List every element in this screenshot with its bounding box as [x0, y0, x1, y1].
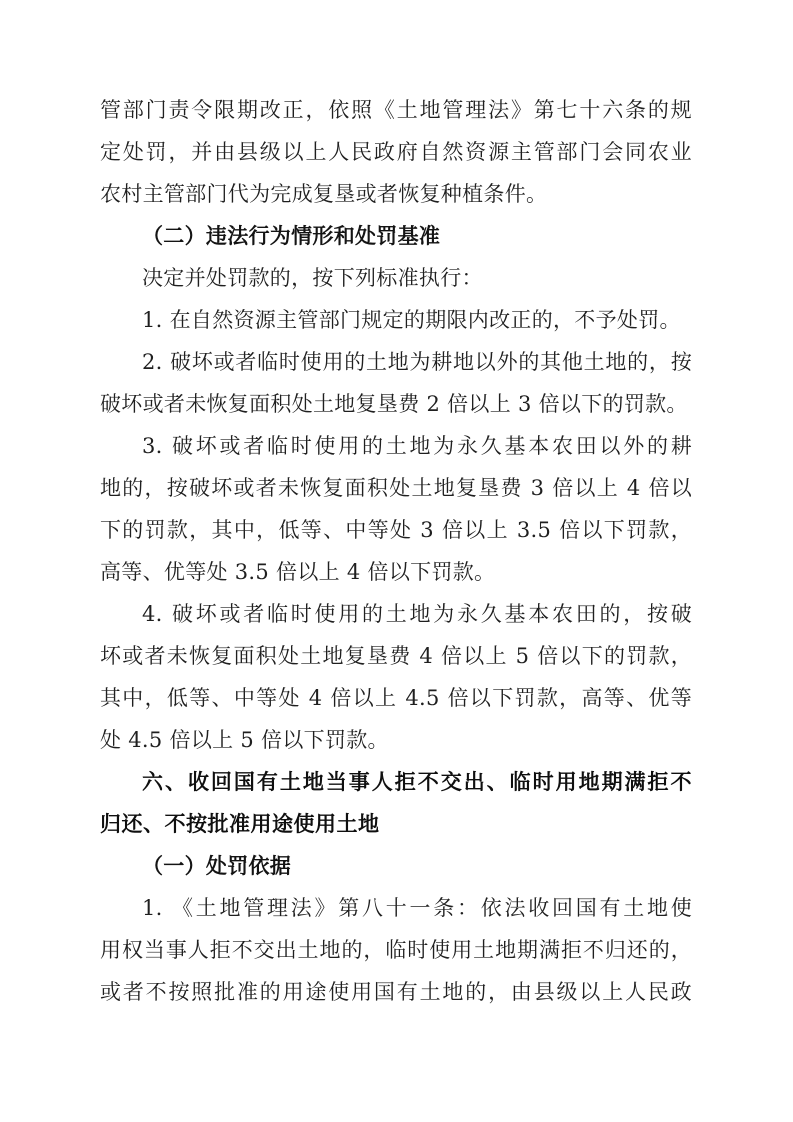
text-line: 用权当事人拒不交出土地的，临时使用土地期满拒不归还的， [100, 929, 692, 971]
text-line: 1. 在自然资源主管部门规定的期限内改正的，不予处罚。 [100, 299, 692, 341]
text-line: 高等、优等处 3.5 倍以上 4 倍以下罚款。 [100, 551, 692, 593]
text-line: 3. 破坏或者临时使用的土地为永久基本农田以外的耕 [100, 425, 692, 467]
text-line: 决定并处罚款的，按下列标准执行： [100, 257, 692, 299]
subsection-heading: （一）处罚依据 [100, 845, 692, 887]
text-line: 管部门责令限期改正，依照《土地管理法》第七十六条的规 [100, 89, 692, 131]
text-line: 破坏或者未恢复面积处土地复垦费 2 倍以上 3 倍以下的罚款。 [100, 383, 692, 425]
text-line: 2. 破坏或者临时使用的土地为耕地以外的其他土地的，按 [100, 341, 692, 383]
list-item: 3. 破坏或者临时使用的土地为永久基本农田以外的耕 地的，按破坏或者未恢复面积处… [100, 425, 692, 593]
heading-line: 归还、不按批准用途使用土地 [100, 803, 692, 845]
text-line: 定处罚，并由县级以上人民政府自然资源主管部门会同农业 [100, 131, 692, 173]
document-body: 管部门责令限期改正，依照《土地管理法》第七十六条的规 定处罚，并由县级以上人民政… [100, 89, 692, 1013]
heading-line: （一）处罚依据 [100, 845, 692, 887]
list-item: 2. 破坏或者临时使用的土地为耕地以外的其他土地的，按 破坏或者未恢复面积处土地… [100, 341, 692, 425]
list-item: 1. 《土地管理法》第八十一条：依法收回国有土地使 用权当事人拒不交出土地的，临… [100, 887, 692, 1013]
text-line: 或者不按照批准的用途使用国有土地的，由县级以上人民政 [100, 971, 692, 1013]
text-line: 农村主管部门代为完成复垦或者恢复种植条件。 [100, 173, 692, 215]
section-heading: 六、收回国有土地当事人拒不交出、临时用地期满拒不 归还、不按批准用途使用土地 [100, 761, 692, 845]
text-line: 1. 《土地管理法》第八十一条：依法收回国有土地使 [100, 887, 692, 929]
text-line: 下的罚款，其中，低等、中等处 3 倍以上 3.5 倍以下罚款， [100, 509, 692, 551]
list-item: 1. 在自然资源主管部门规定的期限内改正的，不予处罚。 [100, 299, 692, 341]
subsection-heading: （二）违法行为情形和处罚基准 [100, 215, 692, 257]
document-page: 管部门责令限期改正，依照《土地管理法》第七十六条的规 定处罚，并由县级以上人民政… [0, 0, 793, 1122]
list-item: 4. 破坏或者临时使用的土地为永久基本农田的，按破 坏或者未恢复面积处土地复垦费… [100, 593, 692, 761]
heading-line: 六、收回国有土地当事人拒不交出、临时用地期满拒不 [100, 761, 692, 803]
paragraph-continuation: 管部门责令限期改正，依照《土地管理法》第七十六条的规 定处罚，并由县级以上人民政… [100, 89, 692, 215]
text-line: 坏或者未恢复面积处土地复垦费 4 倍以上 5 倍以下的罚款， [100, 635, 692, 677]
heading-line: （二）违法行为情形和处罚基准 [100, 215, 692, 257]
paragraph: 决定并处罚款的，按下列标准执行： [100, 257, 692, 299]
text-line: 其中，低等、中等处 4 倍以上 4.5 倍以下罚款，高等、优等 [100, 677, 692, 719]
text-line: 地的，按破坏或者未恢复面积处土地复垦费 3 倍以上 4 倍以 [100, 467, 692, 509]
text-line: 处 4.5 倍以上 5 倍以下罚款。 [100, 719, 692, 761]
text-line: 4. 破坏或者临时使用的土地为永久基本农田的，按破 [100, 593, 692, 635]
